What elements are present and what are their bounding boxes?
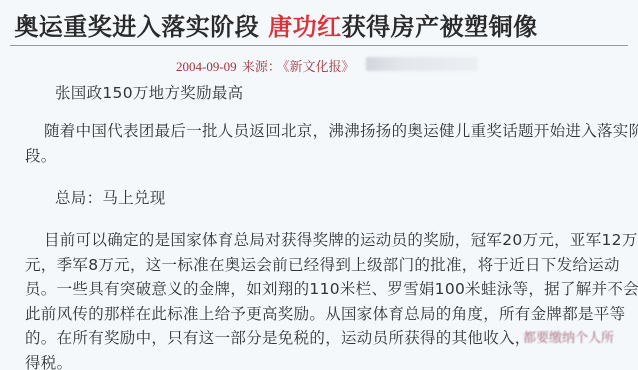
source-name[interactable]: 《新文化报》 <box>283 59 355 74</box>
paragraph-2-line-6: 得税。 <box>25 351 72 370</box>
paragraph-2-line-5: 的。在所有奖励中，只有这一部分是免税的，运动员所获得的其他收入， <box>25 326 531 348</box>
title-highlight-name: 唐功红 <box>268 13 342 41</box>
blurred-region <box>366 57 478 71</box>
subheading-local-reward: 张国政150万地方奖励最高 <box>55 81 244 103</box>
title-part-2: 获得房产被塑铜像 <box>342 13 538 41</box>
watermark-overlay: 都要缴纳个人所 <box>523 327 614 346</box>
article-meta: 2004-09-09 来源：《新文化报》 <box>176 56 356 75</box>
publish-date: 2004-09-09 <box>176 59 237 74</box>
paragraph-2-line-3: 员。一些具有突破意义的金牌，如刘翔的110米栏、罗雪娟100米蛙泳等，据了解并不… <box>25 277 638 299</box>
paragraph-1-line-1: 随着中国代表团最后一批人员返回北京，沸沸扬扬的奥运健儿重奖话题开始进入落实阶 <box>44 119 638 141</box>
title-part-1: 奥运重奖进入落实阶段 <box>14 13 268 41</box>
paragraph-2-line-2: 元，季军8万元，这一标准在奥运会前已经得到上级部门的批准，将于近日下发给运动 <box>25 253 620 275</box>
paragraph-2-line-1: 目前可以确定的是国家体育总局对获得奖牌的运动员的奖励，冠军20万元，亚军12万 <box>44 228 638 250</box>
article-page: 奥运重奖进入落实阶段 唐功红获得房产被塑铜像 2004-09-09 来源：《新文… <box>0 0 638 370</box>
paragraph-1-line-2: 段。 <box>25 144 57 166</box>
paragraph-2-line-4: 此前风传的那样在此标准上给予更高奖励。从国家体育总局的角度，所有金牌都是平等 <box>25 302 625 324</box>
article-title: 奥运重奖进入落实阶段 唐功红获得房产被塑铜像 <box>0 7 552 42</box>
title-divider <box>10 45 628 46</box>
source-label: 来源： <box>242 59 281 74</box>
subheading-bureau: 总局：马上兑现 <box>55 186 166 208</box>
